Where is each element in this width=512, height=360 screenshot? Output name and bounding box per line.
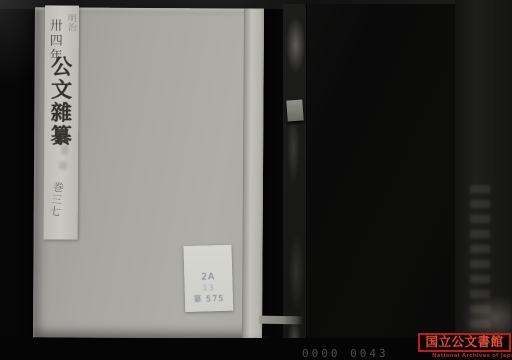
watermark-english-text: National Archives of Japan (432, 352, 497, 358)
faded-annotation-mark (61, 145, 68, 154)
title-slip: 明治 卅四年 公文雜纂 巻三七 (44, 5, 79, 239)
light-book-cover: 明治 卅四年 公文雜纂 巻三七 2A 13 纂 575 (33, 7, 264, 338)
call-number-line: 2A (184, 272, 232, 283)
dark-book-spine-edge (283, 4, 307, 347)
call-number-line: 13 (185, 283, 233, 293)
archives-watermark: 国立公文書館 National Archives of Japan (418, 333, 511, 360)
archive-scan-photo: 明治 卅四年 公文雜纂 巻三七 2A 13 纂 575 0000 0043 国立… (0, 0, 512, 360)
scan-frame-number: 0000 0043 (302, 347, 389, 360)
dark-book-cover (283, 4, 457, 347)
light-book-fore-edge (242, 9, 264, 339)
dark-book-clasp-patch (286, 99, 303, 121)
title-main-text: 公文雜纂 (50, 55, 72, 147)
title-era-text: 明治 (65, 13, 78, 31)
call-number-sticker: 2A 13 纂 575 (183, 245, 233, 312)
title-volume-text: 巻三七 (49, 181, 65, 218)
watermark-japanese-text: 国立公文書館 (425, 336, 503, 349)
paper-strap (259, 316, 303, 325)
faded-annotation-mark (59, 161, 67, 169)
call-number-line: 纂 575 (185, 293, 233, 305)
watermark-box: 国立公文書館 (418, 333, 511, 352)
